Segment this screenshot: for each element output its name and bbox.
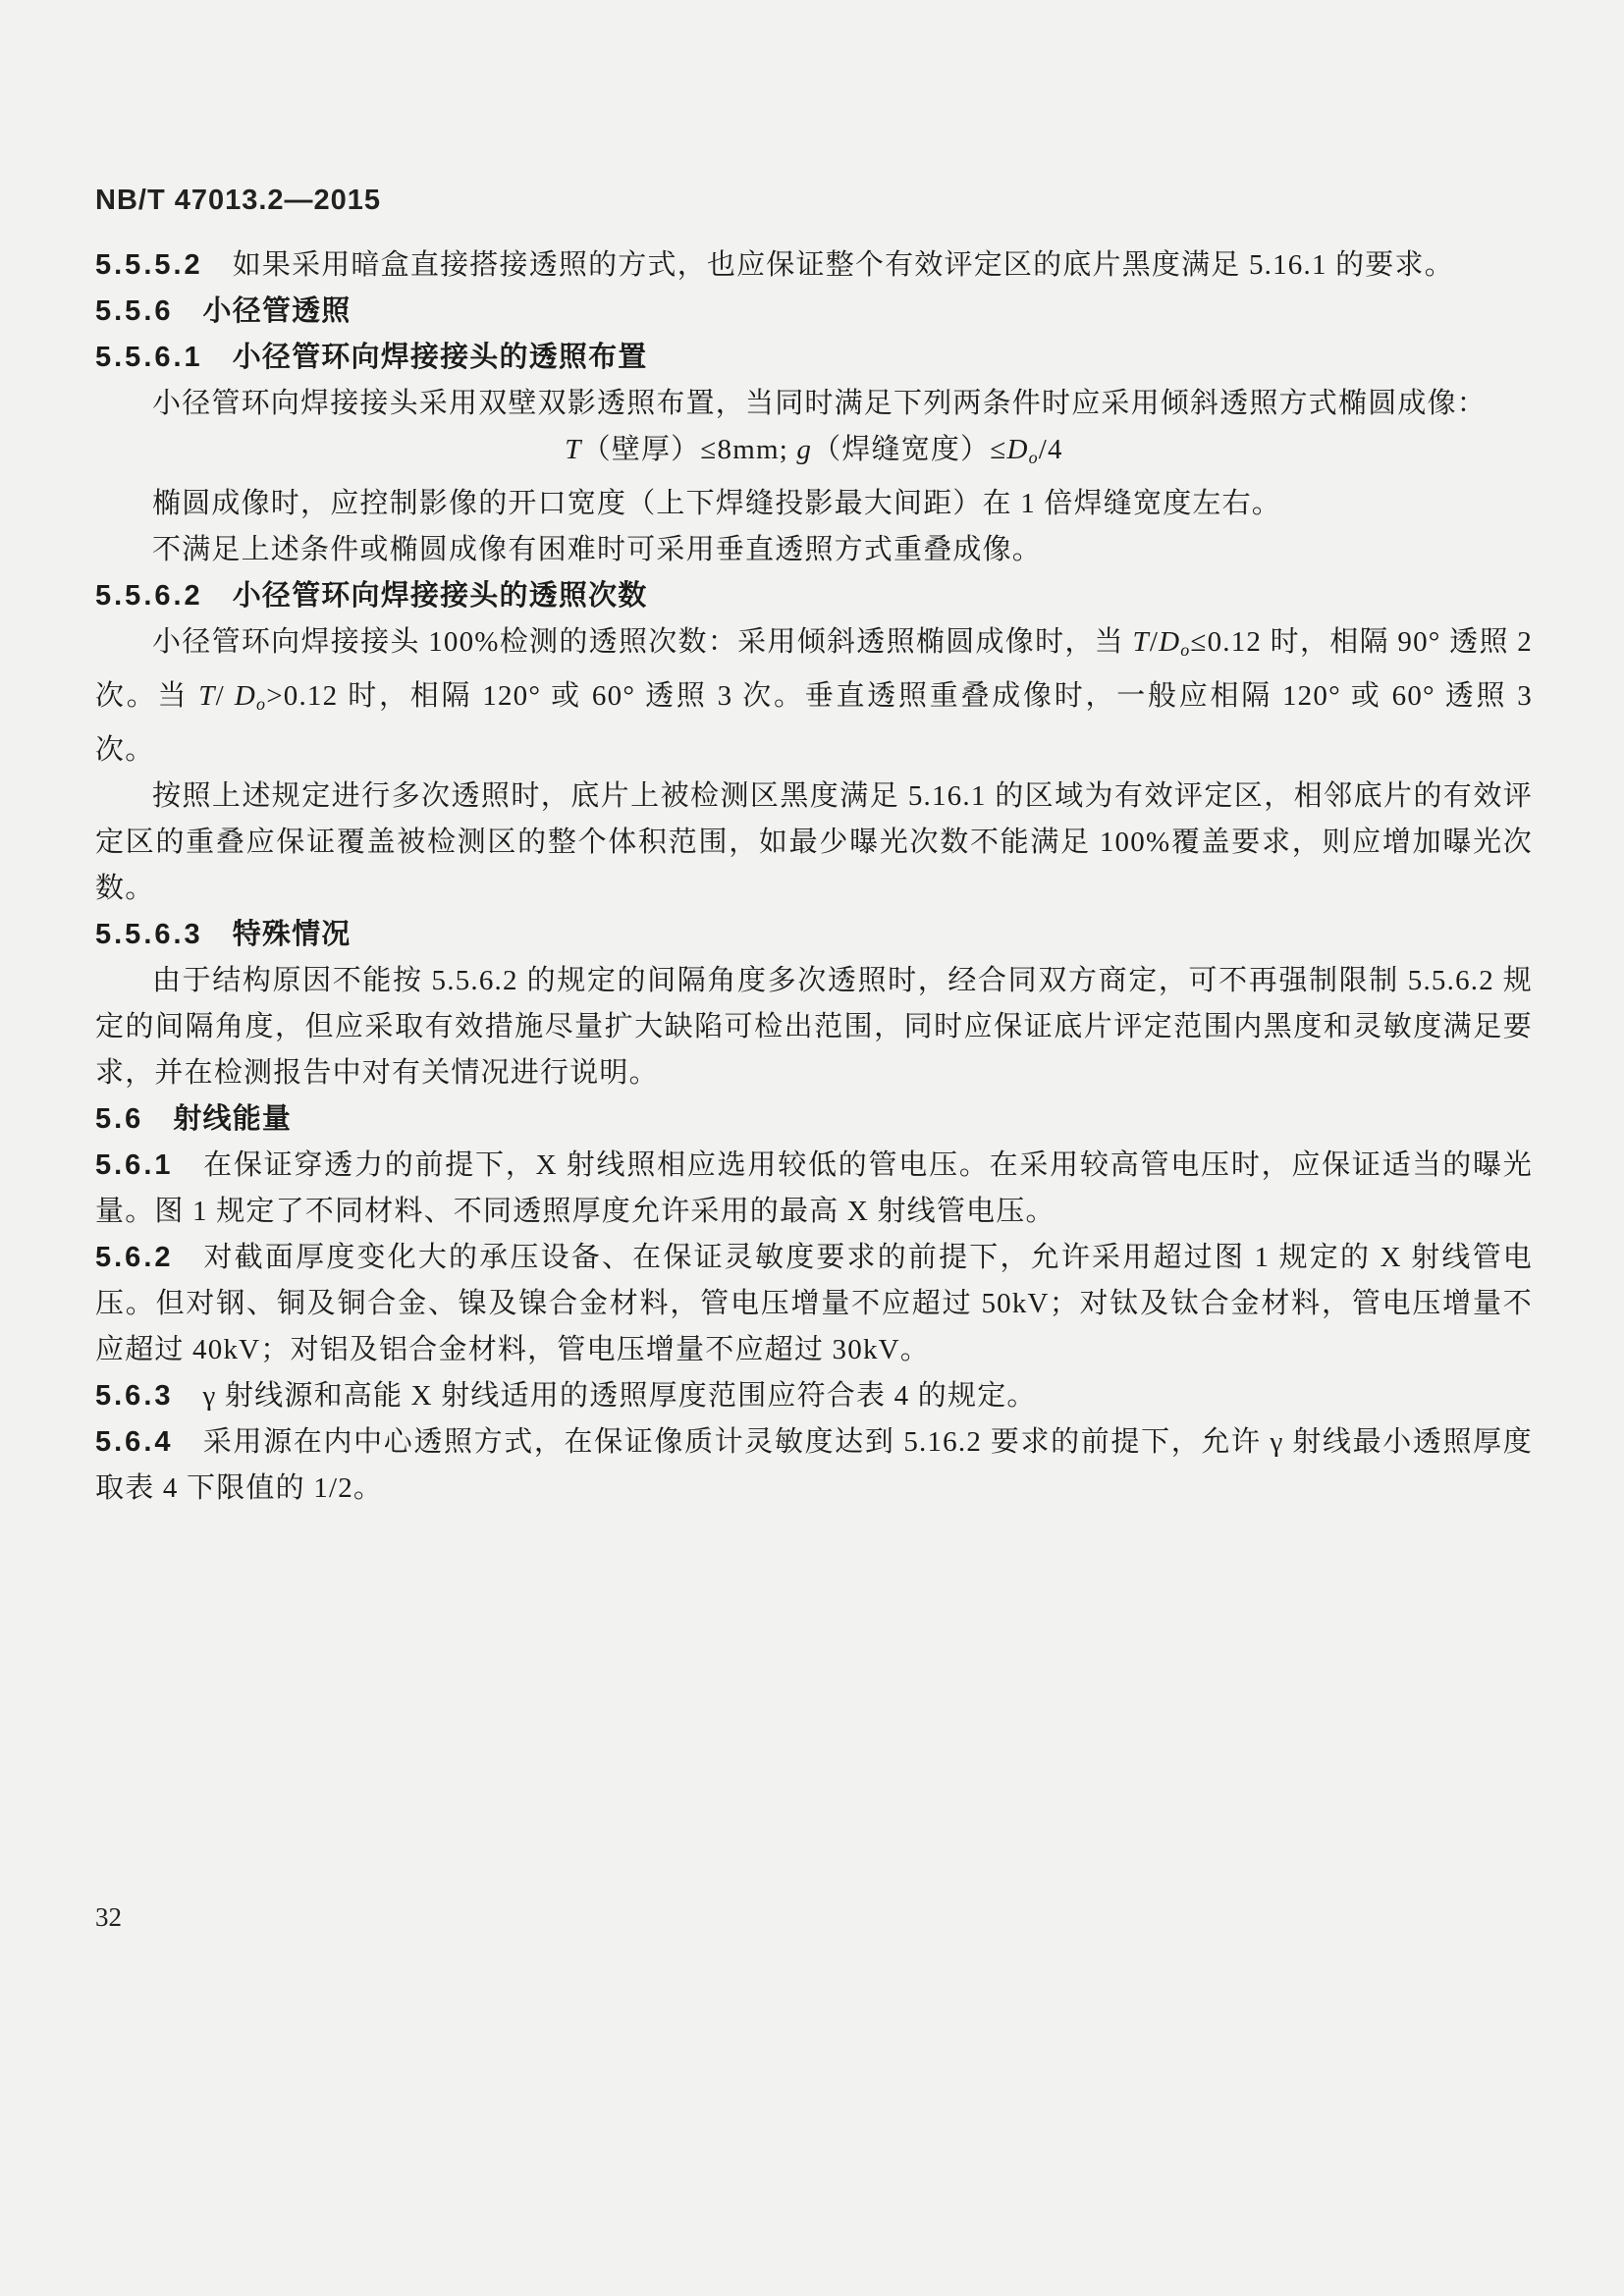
formula-line: T（壁厚）≤8mm; g（焊缝宽度）≤Do/4 bbox=[95, 427, 1533, 481]
text-run: D bbox=[1006, 434, 1028, 465]
text-run: （焊缝宽度）≤ bbox=[812, 434, 1006, 465]
text-run: T bbox=[1133, 626, 1150, 658]
text-run: o bbox=[256, 694, 266, 714]
text-run: /4 bbox=[1039, 434, 1063, 465]
clause-paragraph-5.6.4: 5.6.4采用源在内中心透照方式，在保证像质计灵敏度达到 5.16.2 要求的前… bbox=[95, 1419, 1533, 1512]
clause-paragraph-5.6.2: 5.6.2对截面厚度变化大的承压设备、在保证灵敏度要求的前提下，允许采用超过图 … bbox=[95, 1235, 1533, 1373]
paragraph: 不满足上述条件或椭圆成像有困难时可采用垂直透照方式重叠成像。 bbox=[95, 527, 1533, 573]
text-run: （壁厚）≤8mm; bbox=[582, 434, 797, 465]
paragraph: 按照上述规定进行多次透照时，底片上被检测区黑度满足 5.16.1 的区域为有效评… bbox=[95, 774, 1533, 912]
clause-paragraph-5.6.3: 5.6.3γ 射线源和高能 X 射线适用的透照厚度范围应符合表 4 的规定。 bbox=[95, 1373, 1533, 1419]
scanned-standard-page: NB/T 47013.2—2015 5.5.5.2如果采用暗盒直接搭接透照的方式… bbox=[0, 0, 1624, 2296]
text-run: 椭圆成像时，应控制影像的开口宽度（上下焊缝投影最大间距）在 1 倍焊缝宽度左右。 bbox=[152, 488, 1281, 519]
text-run: 小径管环向焊接接头的透照布置 bbox=[233, 342, 648, 373]
section-heading-5.6: 5.6射线能量 bbox=[95, 1096, 1533, 1143]
section-heading-5.5.6.1: 5.5.6.1小径管环向焊接接头的透照布置 bbox=[95, 335, 1533, 381]
text-run: T bbox=[198, 680, 215, 712]
text-run: / bbox=[1150, 626, 1159, 658]
text-run: o bbox=[1180, 640, 1190, 660]
paragraph: 小径管环向焊接接头 100%检测的透照次数：采用倾斜透照椭圆成像时，当 T/Do… bbox=[95, 619, 1533, 774]
clause-number: 5.5.6.3 bbox=[95, 919, 203, 950]
text-run: 对截面厚度变化大的承压设备、在保证灵敏度要求的前提下，允许采用超过图 1 规定的… bbox=[95, 1242, 1533, 1365]
clause-number: 5.6.2 bbox=[95, 1242, 174, 1273]
clause-number: 5.6.3 bbox=[95, 1380, 174, 1412]
page-number: 32 bbox=[95, 1902, 122, 1933]
text-run: 采用源在内中心透照方式，在保证像质计灵敏度达到 5.16.2 要求的前提下，允许… bbox=[95, 1426, 1533, 1504]
clause-paragraph-5.6.1: 5.6.1在保证穿透力的前提下，X 射线照相应选用较低的管电压。在采用较高管电压… bbox=[95, 1143, 1533, 1235]
text-run: 小径管环向焊接接头的透照次数 bbox=[233, 580, 648, 612]
paragraph: 小径管环向焊接接头采用双壁双影透照布置，当同时满足下列两条件时应采用倾斜透照方式… bbox=[95, 381, 1533, 427]
paragraph: 椭圆成像时，应控制影像的开口宽度（上下焊缝投影最大间距）在 1 倍焊缝宽度左右。 bbox=[95, 481, 1533, 527]
text-run: / bbox=[216, 680, 235, 712]
text-run: D bbox=[235, 680, 256, 712]
paragraph: 由于结构原因不能按 5.5.6.2 的规定的间隔角度多次透照时，经合同双方商定，… bbox=[95, 958, 1533, 1096]
clause-number: 5.6 bbox=[95, 1103, 143, 1135]
text-run: 按照上述规定进行多次透照时，底片上被检测区黑度满足 5.16.1 的区域为有效评… bbox=[95, 780, 1533, 904]
text-run: 射线能量 bbox=[173, 1103, 292, 1135]
clause-number: 5.5.5.2 bbox=[95, 249, 203, 281]
clause-paragraph-5.5.5.2: 5.5.5.2如果采用暗盒直接搭接透照的方式，也应保证整个有效评定区的底片黑度满… bbox=[95, 242, 1533, 289]
text-run: 不满足上述条件或椭圆成像有困难时可采用垂直透照方式重叠成像。 bbox=[152, 534, 1042, 565]
clause-number: 5.6.4 bbox=[95, 1426, 174, 1458]
text-run: 小径管透照 bbox=[203, 295, 352, 327]
clause-number: 5.5.6.1 bbox=[95, 342, 203, 373]
text-run: T bbox=[565, 434, 581, 465]
text-run: D bbox=[1159, 626, 1180, 658]
text-run: 在保证穿透力的前提下，X 射线照相应选用较低的管电压。在采用较高管电压时，应保证… bbox=[95, 1149, 1533, 1227]
text-run: 如果采用暗盒直接搭接透照的方式，也应保证整个有效评定区的底片黑度满足 5.16.… bbox=[233, 249, 1454, 281]
standard-number-header: NB/T 47013.2—2015 bbox=[95, 185, 381, 217]
document-body: 5.5.5.2如果采用暗盒直接搭接透照的方式，也应保证整个有效评定区的底片黑度满… bbox=[95, 242, 1533, 1512]
text-run: 由于结构原因不能按 5.5.6.2 的规定的间隔角度多次透照时，经合同双方商定，… bbox=[95, 965, 1533, 1089]
text-run: γ 射线源和高能 X 射线适用的透照厚度范围应符合表 4 的规定。 bbox=[203, 1380, 1037, 1412]
text-run: 小径管环向焊接接头采用双壁双影透照布置，当同时满足下列两条件时应采用倾斜透照方式… bbox=[152, 388, 1487, 419]
clause-number: 5.5.6 bbox=[95, 295, 174, 327]
clause-number: 5.6.1 bbox=[95, 1149, 174, 1181]
text-run: o bbox=[1029, 448, 1039, 467]
section-heading-5.5.6.2: 5.5.6.2小径管环向焊接接头的透照次数 bbox=[95, 573, 1533, 619]
text-run: 特殊情况 bbox=[233, 919, 352, 950]
clause-number: 5.5.6.2 bbox=[95, 580, 203, 612]
text-run: 小径管环向焊接接头 100%检测的透照次数：采用倾斜透照椭圆成像时，当 bbox=[152, 626, 1133, 658]
section-heading-5.5.6: 5.5.6小径管透照 bbox=[95, 289, 1533, 335]
text-run: >0.12 时，相隔 120° 或 60° 透照 3 次。垂直透照重叠成像时，一… bbox=[95, 680, 1533, 766]
section-heading-5.5.6.3: 5.5.6.3特殊情况 bbox=[95, 912, 1533, 958]
text-run: g bbox=[796, 434, 812, 465]
